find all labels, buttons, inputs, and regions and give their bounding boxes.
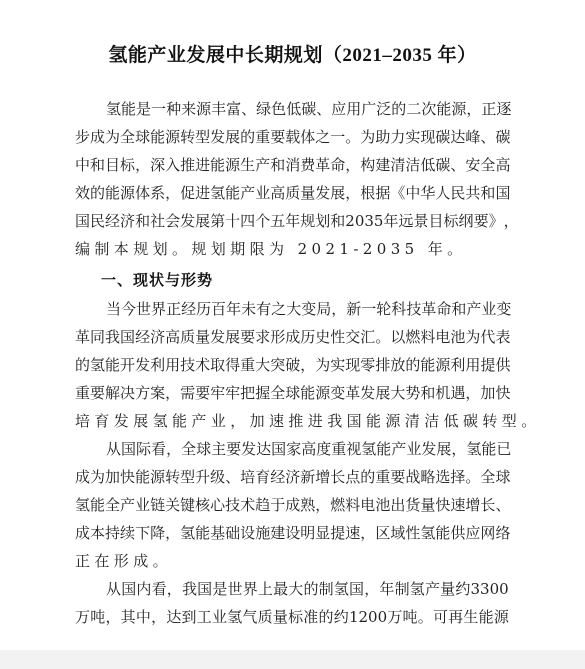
paragraph-domestic: 从国内看，我国是世界上最大的制氢国，年制氢产量约3300 万吨，其中，达到工业氢…: [75, 575, 509, 631]
text-line: 氢能全产业链关键核心技术趋于成熟，燃料电池出货量快速增长、: [75, 491, 509, 519]
paragraph-intro: 氢能是一种来源丰富、绿色低碳、应用广泛的二次能源，正逐 步成为全球能源转型发展的…: [75, 95, 509, 263]
text-line: 效的能源体系，促进氢能产业高质量发展，根据《中华人民共和国: [75, 179, 509, 207]
text-line: 万吨，其中，达到工业氢气质量标准的约1200万吨。可再生能源: [75, 603, 509, 631]
text-line: 中和目标，深入推进能源生产和消费革命，构建清洁低碳、安全高: [75, 151, 509, 179]
document-page: 氢能产业发展中长期规划（2021–2035 年） 氢能是一种来源丰富、绿色低碳、…: [0, 0, 585, 650]
text-line: 成为加快能源转型升级、培育经济新增长点的重要战略选择。全球: [75, 463, 509, 491]
text-line: 从国际看，全球主要发达国家高度重视氢能产业发展，氢能已: [75, 435, 509, 463]
text-line: 正在形成。: [75, 547, 509, 575]
text-line: 培育发展氢能产业，加速推进我国能源清洁低碳转型。: [75, 407, 509, 435]
text-line: 的氢能开发利用技术取得重大突破，为实现零排放的能源利用提供: [75, 351, 509, 379]
document-title: 氢能产业发展中长期规划（2021–2035 年）: [0, 40, 585, 67]
document-body: 氢能是一种来源丰富、绿色低碳、应用广泛的二次能源，正逐 步成为全球能源转型发展的…: [75, 95, 509, 631]
text-line: 当今世界正经历百年未有之大变局，新一轮科技革命和产业变: [75, 295, 509, 323]
text-line: 编制本规划。规划期限为 2021-2035 年。: [75, 235, 509, 263]
section-heading: 一、现状与形势: [75, 265, 509, 295]
text-line: 国民经济和社会发展第十四个五年规划和2035年远景目标纲要》，: [75, 207, 509, 235]
text-line: 氢能是一种来源丰富、绿色低碳、应用广泛的二次能源，正逐: [75, 95, 509, 123]
text-line: 从国内看，我国是世界上最大的制氢国，年制氢产量约3300: [75, 575, 509, 603]
text-line: 重要解决方案，需要牢牢把握全球能源变革发展大势和机遇，加快: [75, 379, 509, 407]
page-bottom-edge: [0, 650, 585, 669]
paragraph-international: 从国际看，全球主要发达国家高度重视氢能产业发展，氢能已 成为加快能源转型升级、培…: [75, 435, 509, 575]
text-line: 成本持续下降，氢能基础设施建设明显提速，区域性氢能供应网络: [75, 519, 509, 547]
text-line: 步成为全球能源转型发展的重要载体之一。为助力实现碳达峰、碳: [75, 123, 509, 151]
text-line: 革同我国经济高质量发展要求形成历史性交汇。以燃料电池为代表: [75, 323, 509, 351]
paragraph-situation: 当今世界正经历百年未有之大变局，新一轮科技革命和产业变 革同我国经济高质量发展要…: [75, 295, 509, 435]
